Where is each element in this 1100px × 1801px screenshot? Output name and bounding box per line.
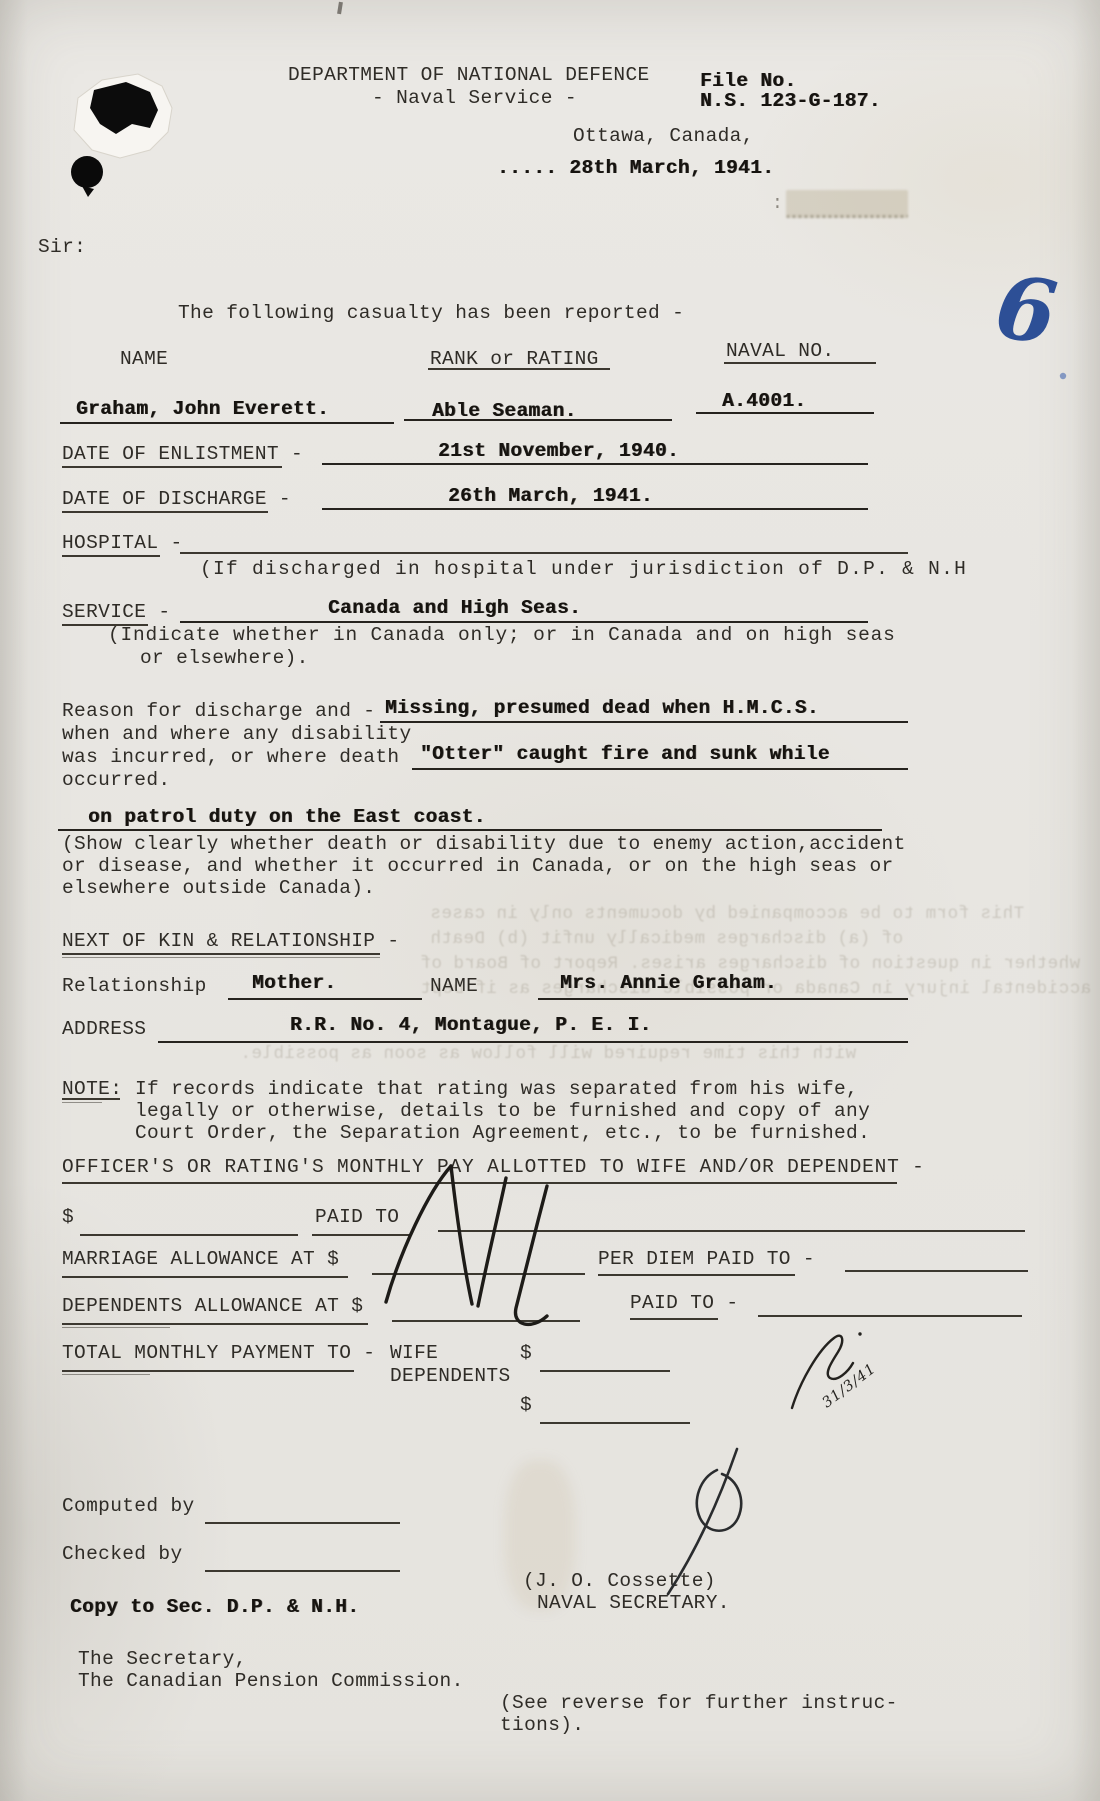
next-of-kin-heading: NEXT OF KIN & RELATIONSHIP - [62,930,399,952]
kin-name-value: Mrs. Annie Graham. [560,972,777,994]
reverse-note-2: tions). [500,1714,584,1736]
paid-to-label: PAID TO [315,1206,399,1228]
handwritten-nil [386,1166,547,1324]
underline [312,1234,410,1236]
casualty-name: Graham, John Everett. [76,398,329,420]
underline [62,1370,354,1372]
column-header-naval-no: NAVAL NO. [726,340,834,362]
service-value: Canada and High Seas. [328,597,581,619]
reason-note-3: elsewhere outside Canada). [62,877,375,899]
fill-in-line [322,463,868,465]
note-line-2: legally or otherwise, details to be furn… [135,1100,870,1122]
file-no-label: File No. [700,70,796,92]
service-note-1: (Indicate whether in Canada only; or in … [108,624,896,646]
per-diem-label: PER DIEM PAID TO - [598,1248,815,1270]
dependents-word: DEPENDENTS [390,1365,511,1387]
discharge-label: DATE OF DISCHARGE - [62,488,291,510]
bleed-through-text: of (a) discharges medically unfit (b) De… [430,929,903,949]
casualty-report-page: This form to be accompanied by documents… [0,0,1100,1801]
underline [62,1098,120,1100]
underline [598,1274,795,1276]
note-line-3: Court Order, the Separation Agreement, e… [135,1122,870,1144]
underline [404,419,672,421]
addressee-line-2: The Canadian Pension Commission. [78,1670,464,1692]
fill-in-line [180,552,908,554]
note-line-1: If records indicate that rating was sepa… [135,1078,858,1100]
service-note-2: or elsewhere). [140,647,309,669]
fill-in-line [380,721,908,723]
fill-in-line [58,829,882,831]
relationship-label: Relationship [62,975,207,997]
copy-to-line: Copy to Sec. D.P. & N.H. [70,1596,359,1618]
fill-in-line [412,768,908,770]
date-line: ..... 28th March, 1941. [497,157,774,179]
reason-label-3: was incurred, or where death [62,746,399,768]
underline [62,555,160,557]
relationship-value: Mother. [252,972,336,994]
reason-value-3: on patrol duty on the East coast. [88,806,486,828]
marriage-allowance-label: MARRIAGE ALLOWANCE AT $ [62,1248,339,1270]
fill-in-line [540,1370,670,1372]
underline [62,1323,368,1325]
address-value: R.R. No. 4, Montague, P. E. I. [290,1014,652,1036]
underline [62,957,380,958]
torn-paper-corner [74,74,172,158]
service-subtitle: - Naval Service - [372,87,577,109]
punch-hole [71,156,103,197]
secretary-name: (J. O. Cossette) [523,1570,716,1592]
ink-speck [337,2,343,14]
checked-by-label: Checked by [62,1543,183,1565]
underline [62,953,380,955]
enlistment-value: 21st November, 1940. [438,440,679,462]
address-label: ADDRESS [62,1018,146,1040]
computed-by-label: Computed by [62,1495,195,1517]
fill-in-line [158,1041,908,1043]
reason-note-2: or disease, and whether it occurred in C… [62,855,894,877]
fill-in-line [438,1230,1025,1232]
underline [62,466,282,468]
dollar-sign: $ [520,1394,532,1416]
note-label: NOTE: [62,1078,122,1100]
paid-to-label-2: PAID TO - [630,1292,738,1314]
intro-line: The following casualty has been reported… [178,302,684,324]
fill-in-line [205,1570,400,1572]
dependents-allowance-label: DEPENDENTS ALLOWANCE AT $ [62,1295,363,1317]
fill-in-line [540,1422,690,1424]
underline [62,1182,897,1184]
fill-in-line [372,1273,585,1275]
fill-in-line [538,998,908,1000]
fill-in-line [845,1270,1028,1272]
underline [60,422,394,424]
underline [62,1374,150,1375]
column-header-name: NAME [120,348,168,370]
fill-in-line [180,621,868,623]
fill-in-line [758,1315,1022,1317]
total-payment-label: TOTAL MONTHLY PAYMENT TO - [62,1342,375,1364]
underline [62,511,268,513]
fill-in-line [80,1234,298,1236]
blue-ink-dot [1060,373,1066,379]
place-line: Ottawa, Canada, [573,125,754,147]
faded-stamp [786,190,908,218]
file-no-value: N.S. 123-G-187. [700,90,881,112]
underline [62,1327,170,1328]
service-label: SERVICE - [62,601,170,623]
handwritten-date: 31/3/41 [820,1361,880,1412]
discharge-value: 26th March, 1941. [448,485,653,507]
underline [696,412,874,414]
reason-value-1: Missing, presumed dead when H.M.C.S. [385,697,819,719]
dollar-sign: $ [520,1342,532,1364]
handwritten-blue-number: 6 [991,265,1061,358]
wife-label: WIFE [390,1342,438,1364]
fill-in-line [322,508,868,510]
stamp-colon-mark: : [772,194,783,214]
fill-in-line [228,998,422,1000]
reason-value-2: "Otter" caught fire and sunk while [420,743,830,765]
column-header-rank: RANK or RATING [430,348,599,370]
underline [428,368,610,370]
underline [62,1102,102,1103]
underline [630,1318,718,1320]
fill-in-line [205,1522,400,1524]
underline [724,362,876,364]
reason-label-4: occurred. [62,769,170,791]
salutation: Sir: [38,236,86,258]
fill-in-line [392,1320,580,1322]
department-title: DEPARTMENT OF NATIONAL DEFENCE [288,64,650,86]
kin-name-label: NAME [430,975,478,997]
dollar-sign: $ [62,1206,74,1228]
casualty-naval-no: A.4001. [722,390,806,412]
bleed-through-text: whether in question of discharges arises… [420,954,1080,974]
pay-heading: OFFICER'S OR RATING'S MONTHLY PAY ALLOTT… [62,1156,925,1178]
underline [62,1276,348,1278]
bleed-through-text: This form to be accompanied by documents… [430,904,1024,924]
bleed-through-text: with this time required will follow as s… [240,1044,856,1064]
secretary-title: NAVAL SECRETARY. [537,1592,730,1614]
addressee-line-1: The Secretary, [78,1648,247,1670]
reason-label-1: Reason for discharge and - [62,700,375,722]
hospital-label: HOSPITAL - [62,532,183,554]
enlistment-label: DATE OF ENLISTMENT - [62,443,303,465]
hospital-note: (If discharged in hospital under jurisdi… [200,558,967,580]
reason-label-2: when and where any disability [62,723,412,745]
reverse-note-1: (See reverse for further instruc- [500,1692,898,1714]
reason-note-1: (Show clearly whether death or disabilit… [62,833,906,855]
